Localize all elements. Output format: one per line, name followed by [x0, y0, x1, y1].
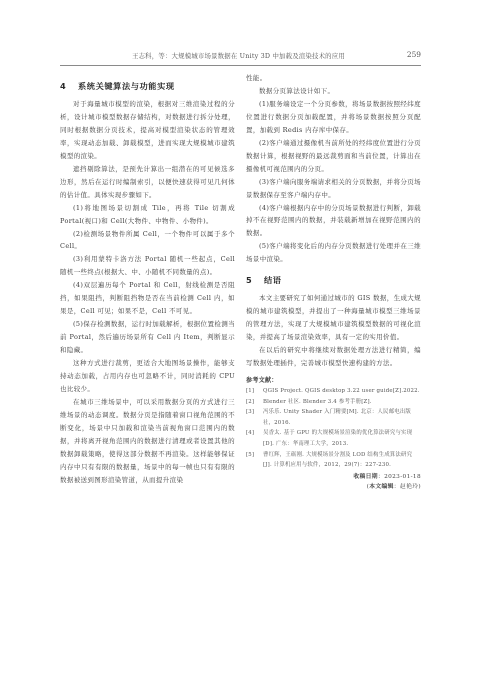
paragraph: 在以后的研究中将继续对数据处理方法进行精简，编写数据处理插件，完善城市模型快速构…	[246, 344, 421, 370]
reference-item: [1] QGIS Project. QGIS desktop 3.22 user…	[246, 386, 421, 397]
right-column: 性能。 数据分页算法设计如下。 (1)服务端设定一个分页参数，将场景数据按照经纬…	[246, 72, 421, 493]
editor-name: ：赵艳玲	[394, 484, 419, 490]
reference-number: [2]	[246, 397, 254, 408]
paragraph: 数据分页算法设计如下。	[246, 85, 421, 98]
reference-number: [3]	[246, 407, 254, 418]
section-number: 4	[60, 80, 78, 92]
paragraph: 对于海量城市模型的渲染，根据对三维渲染过程的分析，设计城市模型数据存储结构，对数…	[60, 98, 235, 163]
references-title: 参考文献：	[246, 375, 421, 386]
received-label: 收稿日期	[353, 474, 378, 480]
section-number: 5	[246, 274, 264, 286]
paging-step: (3)客户端向服务端请求相关的分页数据，并将分页场景数据保存至客户端内存中。	[246, 176, 421, 202]
continuation-text: 性能。	[246, 72, 421, 85]
left-column: 4系统关键算法与功能实现 对于海量城市模型的渲染，根据对三维渲染过程的分析，设计…	[60, 72, 235, 487]
reference-number: [1]	[246, 386, 254, 397]
reference-item: [5] 曹红辉，王砺刚. 大规模场景分割及 LOD 结构生成算法研究[J]. 计…	[246, 450, 421, 471]
page-number: 259	[407, 50, 421, 59]
editor-label: 本文编辑	[369, 484, 394, 490]
paging-step: (2)客户端通过摄像机当前所处的经纬度位置进行分页数据计算，根据视野的最远裁剪面…	[246, 137, 421, 176]
reference-item: [2] Blender 社区. Blender 3.4 参考手册[Z].	[246, 397, 421, 408]
section-title: 结语	[264, 275, 282, 285]
received-date-line: 收稿日期：2023-01-18	[246, 472, 421, 483]
paging-step: (1)服务端设定一个分页参数，将场景数据按照经纬度位置进行数据分页加载配置，并将…	[246, 98, 421, 137]
reference-item: [3] 冯乐乐. Unity Shader 入门精要[M]. 北京：人民邮电出版…	[246, 407, 421, 428]
received-date: ：2023-01-18	[378, 474, 421, 480]
paragraph: (1)将地图场景切割成 Tile，再将 Tile 切割成 Portal(视口)和…	[60, 202, 235, 228]
reference-text: QGIS Project. QGIS desktop 3.22 user gui…	[263, 388, 420, 394]
paging-step: (4)客户端根据内存中的分页场景数据进行判断，卸载掉不在视野范围内的数据，并装载…	[246, 202, 421, 241]
editor-line: (本文编辑：赵艳玲)	[246, 482, 421, 493]
section-5-heading: 5结语	[246, 274, 421, 286]
section-title: 系统关键算法与功能实现	[78, 81, 175, 91]
running-header: 王志科，等：大规模城市场景数据在 Unity 3D 中加载及渲染技术的应用 25…	[60, 51, 421, 66]
reference-number: [5]	[246, 450, 254, 461]
reference-text: Blender 社区. Blender 3.4 参考手册[Z].	[263, 399, 372, 405]
paging-step: (5)客户端将变化后的内存分页数据进行处理并在三维场景中渲染。	[246, 240, 421, 266]
paragraph: 在城市三维场景中，可以采用数据分页的方式进行三维场景的动态调度。数据分页是指随着…	[60, 396, 235, 487]
reference-item: [4] 吴香太. 基于 GPU 的大规模场景渲染的优化算法研究与实现[D]. 广…	[246, 428, 421, 449]
paragraph: (5)保存检测数据，运行时加载解析，根据位置检测当前 Portal，然后遍历场景…	[60, 318, 235, 357]
paragraph: 这种方式进行裁剪，更适合大地图场景操作，能够支持动态加载，占用内存也可忽略不计，…	[60, 357, 235, 396]
paragraph: (2)检测场景物件所属 Cell，一个物件可以属于多个 Cell。	[60, 228, 235, 254]
reference-text: 冯乐乐. Unity Shader 入门精要[M]. 北京：人民邮电出版社，20…	[263, 409, 411, 426]
reference-text: 吴香太. 基于 GPU 的大规模场景渲染的优化算法研究与实现[D]. 广东：华南…	[263, 430, 412, 447]
running-title: 王志科，等：大规模城市场景数据在 Unity 3D 中加载及渲染技术的应用	[132, 51, 345, 60]
paragraph: (4)双层遍历每个 Portal 和 Cell，射线检测是否阻挡，如果阻挡，判断…	[60, 279, 235, 318]
section-4-heading: 4系统关键算法与功能实现	[60, 80, 235, 92]
reference-text: 曹红辉，王砺刚. 大规模场景分割及 LOD 结构生成算法研究[J]. 计算机应用…	[263, 452, 412, 469]
paragraph: 本文主要研究了如何通过城市的 GIS 数据，生成大规模的城市建筑模型，并提出了一…	[246, 292, 421, 344]
reference-number: [4]	[246, 428, 254, 439]
paragraph: 遮挡剔除算法，是预先计算出一组潜在的可见候选多边形，然后在运行时编制索引，以便快…	[60, 163, 235, 202]
paragraph: (3)利用蒙特卡洛方法 Portal 随机一些起点，Cell 随机一些终点(根据…	[60, 253, 235, 279]
